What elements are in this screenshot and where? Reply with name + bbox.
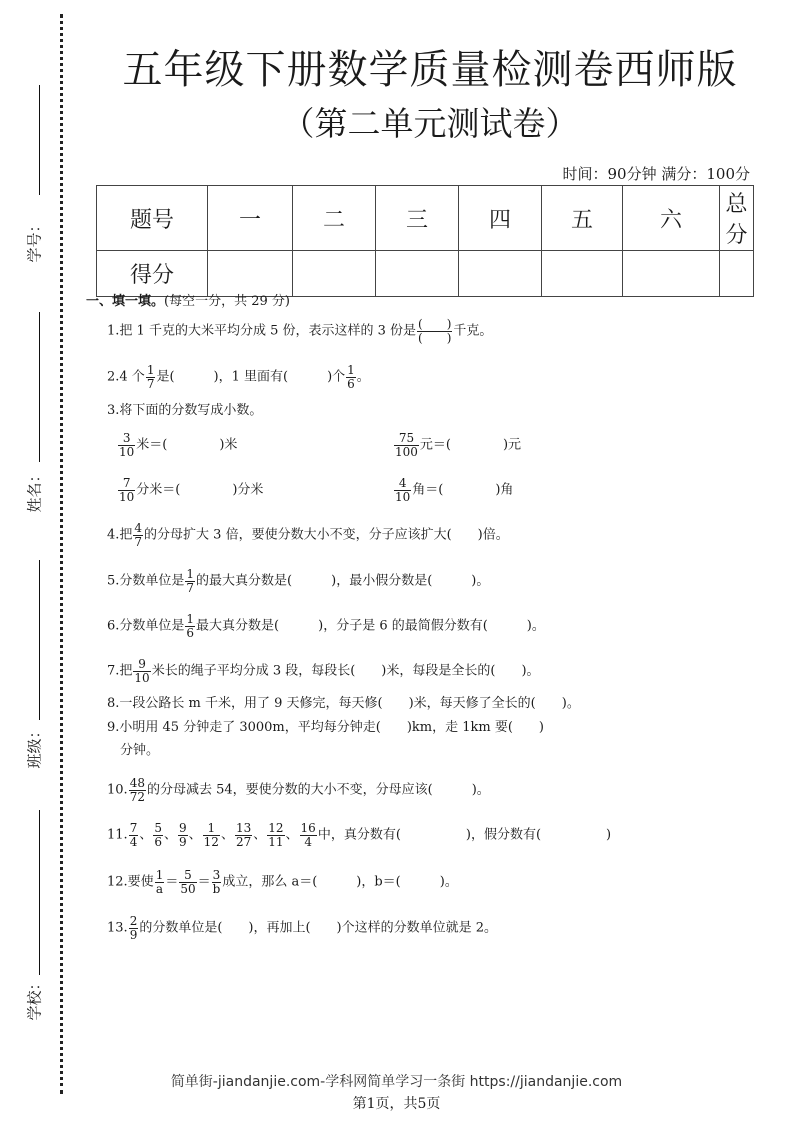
score-cell[interactable] (376, 251, 459, 297)
section-title: 一、填一填。 (86, 294, 164, 309)
question-3-item: 710分米＝( )分米 (117, 477, 263, 503)
q-text: 2.4 个 (107, 370, 145, 385)
class-line[interactable] (39, 560, 40, 720)
section-note: (每空一分，共 29 分) (164, 294, 290, 309)
q-text: 是( )，1 里面有( )个 (156, 370, 345, 385)
question-10: 10.4872的分母减去 54，要使分数的大小不变，分母应该( )。 (107, 777, 490, 803)
q-text: 成立，那么 a＝( )，b＝( )。 (222, 875, 458, 890)
score-cell[interactable] (459, 251, 542, 297)
question-12: 12.要使1a＝550＝3b成立，那么 a＝( )，b＝( )。 (107, 869, 458, 895)
question-3-item: 75100元＝( )元 (393, 432, 521, 458)
fraction: 47 (133, 522, 143, 548)
fraction: 75100 (394, 432, 419, 458)
denominator: 50 (179, 883, 196, 896)
score-cell[interactable] (623, 251, 720, 297)
fraction: 4872 (129, 777, 146, 803)
header-cell: 一 (208, 186, 293, 251)
denominator: 10 (394, 491, 411, 504)
fraction: 410 (394, 477, 411, 503)
fraction: 550 (179, 869, 196, 895)
header-cell: 总分 (720, 186, 754, 251)
denominator: 7 (146, 378, 156, 391)
denominator: 12 (203, 836, 220, 849)
fraction: 112 (203, 822, 220, 848)
separator: 、 (253, 828, 266, 843)
numerator: 12 (267, 822, 284, 836)
fraction: 310 (118, 432, 135, 458)
numerator: 3 (118, 432, 135, 446)
q-text: 12.要使 (107, 875, 154, 890)
binding-dotted-line (60, 14, 63, 1094)
denominator: a (155, 883, 165, 896)
q-text: 中，真分数有( )，假分数有( ) (318, 828, 611, 843)
numerator: 3 (212, 869, 222, 883)
q-text: 米＝( )米 (136, 438, 237, 453)
fraction: 1a (155, 869, 165, 895)
denominator: 10 (118, 491, 135, 504)
numerator: ( ) (417, 318, 452, 332)
school-label: 学校： (24, 981, 45, 1021)
denominator: 100 (394, 446, 419, 459)
separator: 、 (189, 828, 202, 843)
separator: 、 (286, 828, 299, 843)
numerator: 9 (133, 658, 150, 672)
question-9-cont: 分钟。 (120, 744, 159, 757)
score-cell[interactable] (720, 251, 754, 297)
fraction: 1327 (235, 822, 252, 848)
fraction-blank[interactable]: ( )( ) (417, 318, 452, 344)
denominator: 4 (300, 836, 317, 849)
q-text: 13. (107, 921, 128, 936)
numerator: 1 (185, 613, 195, 627)
question-8: 8.一段公路长 m 千米，用了 9 天修完，每天修( )米，每天修了全长的( )… (107, 697, 580, 710)
numerator: 9 (178, 822, 188, 836)
numerator: 1 (346, 364, 356, 378)
q-text: 元＝( )元 (420, 438, 521, 453)
class-label: 班级： (24, 729, 45, 769)
denominator: ( ) (417, 332, 452, 345)
exam-meta: 时间：90分钟 满分：100分 (563, 163, 751, 184)
question-2: 2.4 个17是( )，1 里面有( )个16。 (107, 364, 370, 390)
fraction: 99 (178, 822, 188, 848)
numerator: 7 (118, 477, 135, 491)
name-line[interactable] (39, 312, 40, 462)
fraction: 16 (346, 364, 356, 390)
q-text: 千克。 (453, 324, 492, 339)
question-11: 11.74、56、99、112、1327、1211、164中，真分数有( )，假… (107, 822, 611, 848)
numerator: 1 (185, 568, 195, 582)
q-text: 的最大真分数是( )，最小假分数是( )。 (196, 574, 489, 589)
q-text: 分米＝( )分米 (136, 483, 263, 498)
header-cell: 二 (293, 186, 376, 251)
q-text: 。 (357, 370, 370, 385)
name-label: 姓名： (24, 473, 45, 513)
separator: 、 (139, 828, 152, 843)
question-3-item: 410角＝( )角 (393, 477, 513, 503)
numerator: 4 (394, 477, 411, 491)
question-9: 9.小明用 45 分钟走了 3000m，平均每分钟走( )km，走 1km 要(… (107, 721, 544, 734)
numerator: 5 (153, 822, 163, 836)
denominator: 7 (133, 536, 143, 549)
numerator: 7 (129, 822, 139, 836)
header-cell: 四 (459, 186, 542, 251)
denominator: 72 (129, 791, 146, 804)
q-text: 的分母减去 54，要使分数的大小不变，分母应该( )。 (147, 783, 490, 798)
q-text: 的分数单位是( )，再加上( )个这样的分数单位就是 2。 (139, 921, 497, 936)
score-cell[interactable] (293, 251, 376, 297)
watermark-footer: 简单街-jiandanjie.com-学科网简单学习一条街 https://ji… (0, 1071, 793, 1091)
section-heading: 一、填一填。(每空一分，共 29 分) (86, 290, 290, 309)
numerator: 16 (300, 822, 317, 836)
fraction: 17 (185, 568, 195, 594)
fraction: 74 (129, 822, 139, 848)
q-text: 角＝( )角 (412, 483, 513, 498)
q-text: 7.把 (107, 664, 132, 679)
header-cell: 六 (623, 186, 720, 251)
numerator: 1 (155, 869, 165, 883)
q-text: 4.把 (107, 528, 132, 543)
denominator: b (212, 883, 222, 896)
denominator: 27 (235, 836, 252, 849)
q-text: 10. (107, 783, 128, 798)
denominator: 9 (178, 836, 188, 849)
q-text: 米长的绳子平均分成 3 段，每段长( )米，每段是全长的( )。 (152, 664, 540, 679)
denominator: 9 (129, 929, 139, 942)
score-table: 题号 一 二 三 四 五 六 总分 得分 (96, 185, 754, 297)
header-cell: 题号 (97, 186, 208, 251)
numerator: 4 (133, 522, 143, 536)
numerator: 1 (146, 364, 156, 378)
denominator: 10 (133, 672, 150, 685)
fraction: 164 (300, 822, 317, 848)
denominator: 6 (185, 627, 195, 640)
question-7: 7.把910米长的绳子平均分成 3 段，每段长( )米，每段是全长的( )。 (107, 658, 540, 684)
score-cell[interactable] (542, 251, 623, 297)
question-6: 6.分数单位是16最大真分数是( )，分子是 6 的最简假分数有( )。 (107, 613, 545, 639)
student-id-line[interactable] (39, 85, 40, 195)
numerator: 75 (394, 432, 419, 446)
q-text: 11. (107, 828, 128, 843)
denominator: 7 (185, 582, 195, 595)
separator: 、 (221, 828, 234, 843)
question-1: 1.把 1 千克的大米平均分成 5 份，表示这样的 3 份是( )( )千克。 (107, 318, 492, 344)
numerator: 13 (235, 822, 252, 836)
school-line[interactable] (39, 810, 40, 975)
fraction: 29 (129, 915, 139, 941)
fraction: 1211 (267, 822, 284, 848)
student-id-label: 学号： (24, 223, 45, 263)
numerator: 5 (179, 869, 196, 883)
page-number: 第1页，共5页 (0, 1093, 793, 1113)
numerator: 1 (203, 822, 220, 836)
q-text: 6.分数单位是 (107, 619, 184, 634)
fraction: 710 (118, 477, 135, 503)
fraction: 3b (212, 869, 222, 895)
question-4: 4.把47的分母扩大 3 倍，要使分数大小不变，分子应该扩大( )倍。 (107, 522, 509, 548)
fraction: 56 (153, 822, 163, 848)
question-3: 3.将下面的分数写成小数。 (107, 404, 262, 417)
separator: 、 (164, 828, 177, 843)
page-subtitle: （第二单元测试卷） (100, 98, 760, 145)
question-5: 5.分数单位是17的最大真分数是( )，最小假分数是( )。 (107, 568, 489, 594)
q-text: 1.把 1 千克的大米平均分成 5 份，表示这样的 3 份是 (107, 324, 416, 339)
denominator: 10 (118, 446, 135, 459)
numerator: 2 (129, 915, 139, 929)
denominator: 6 (346, 378, 356, 391)
numerator: 48 (129, 777, 146, 791)
denominator: 11 (267, 836, 284, 849)
fraction: 16 (185, 613, 195, 639)
question-3-item: 310米＝( )米 (117, 432, 237, 458)
score-header-row: 题号 一 二 三 四 五 六 总分 (97, 186, 754, 251)
denominator: 6 (153, 836, 163, 849)
header-cell: 五 (542, 186, 623, 251)
q-text: 的分母扩大 3 倍，要使分数大小不变，分子应该扩大( )倍。 (144, 528, 509, 543)
denominator: 4 (129, 836, 139, 849)
page-title: 五年级下册数学质量检测卷西师版 (100, 38, 760, 95)
fraction: 17 (146, 364, 156, 390)
header-cell: 三 (376, 186, 459, 251)
equals-sign: ＝ (198, 875, 211, 890)
fraction: 910 (133, 658, 150, 684)
q-text: 最大真分数是( )，分子是 6 的最简假分数有( )。 (196, 619, 545, 634)
question-13: 13.29的分数单位是( )，再加上( )个这样的分数单位就是 2。 (107, 915, 497, 941)
q-text: 5.分数单位是 (107, 574, 184, 589)
equals-sign: ＝ (165, 875, 178, 890)
